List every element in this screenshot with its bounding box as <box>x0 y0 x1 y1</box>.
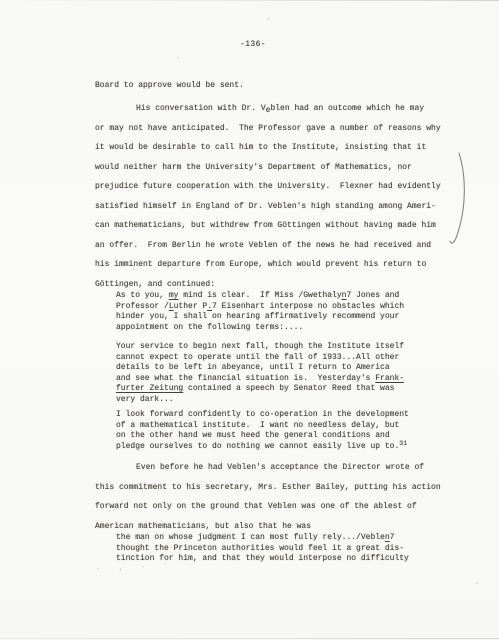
margin-pen-stroke-artifact <box>440 145 480 255</box>
text-line: forward not only on the ground that Vebl… <box>95 497 441 517</box>
text-line: His conversation with Dr. Veblen had an … <box>95 99 441 119</box>
page-number: -136- <box>240 40 266 49</box>
text-line: very dark... <box>116 395 404 406</box>
text-line: Even before he had Veblen's acceptance t… <box>95 458 441 478</box>
paper-speck <box>177 57 179 59</box>
text-line: his imminent departure from Europe, whic… <box>95 255 441 275</box>
paper-speck <box>476 582 478 584</box>
paragraph: Board to approve would be sent. <box>95 76 244 96</box>
text-line: Professor /Luther P.7 Eisenhart interpos… <box>116 302 404 313</box>
quote-block: I look forward confidently to co-operati… <box>116 410 409 452</box>
text-line: appointment on the following terms:.... <box>116 323 404 334</box>
paper-speck <box>267 18 270 20</box>
text-line: cannot expect to operate until the fall … <box>116 353 404 364</box>
text-line: thought the Princeton authorities would … <box>116 544 409 555</box>
smudge-artifact: · ‚ · ˙ <box>96 563 175 574</box>
text-line: pledge ourselves to do nothing we cannot… <box>116 442 409 453</box>
paragraph: His conversation with Dr. Veblen had an … <box>95 99 441 294</box>
text-line: of a mathematical institute. I want no n… <box>116 421 409 432</box>
text-line: on the other hand we must heed the gener… <box>116 431 409 442</box>
text-line: and see what the financial situation is.… <box>116 374 404 385</box>
quote-block: the man on whose judgment I can most ful… <box>116 533 409 565</box>
quote-block: Your service to begin next fall, though … <box>116 342 404 406</box>
text-line: this commitment to his secretary, Mrs. E… <box>95 478 441 498</box>
text-line: prejudice future cooperation with the Un… <box>95 177 441 197</box>
text-line: Board to approve would be sent. <box>95 76 244 96</box>
text-line: or may not have anticipated. The Profess… <box>95 119 441 139</box>
text-line: Your service to begin next fall, though … <box>116 342 404 353</box>
text-line: hinder you, I shall on hearing affirmati… <box>116 312 404 323</box>
text-line: I look forward confidently to co-operati… <box>116 410 409 421</box>
text-line: the man on whose judgment I can most ful… <box>116 533 409 544</box>
document-page: -136- Board to approve would be sent.His… <box>0 0 499 640</box>
text-line: details to be left in abeyance, until I … <box>116 363 404 374</box>
paragraph: Even before he had Veblen's acceptance t… <box>95 458 441 536</box>
text-line: it would be desirable to call him to the… <box>95 138 441 158</box>
text-line: an offer. From Berlin he wrote Veblen of… <box>95 236 441 256</box>
text-line: As to you, my mind is clear. If Miss /Gw… <box>116 291 404 302</box>
text-line: would neither harm the University's Depa… <box>95 158 441 178</box>
text-line: can mathematicians, but withdrew from Gö… <box>95 216 441 236</box>
text-line: satisfied himself in England of Dr. Vebl… <box>95 197 441 217</box>
text-line: furter Zeitung contained a speech by Sen… <box>116 384 404 395</box>
quote-block: As to you, my mind is clear. If Miss /Gw… <box>116 291 404 333</box>
